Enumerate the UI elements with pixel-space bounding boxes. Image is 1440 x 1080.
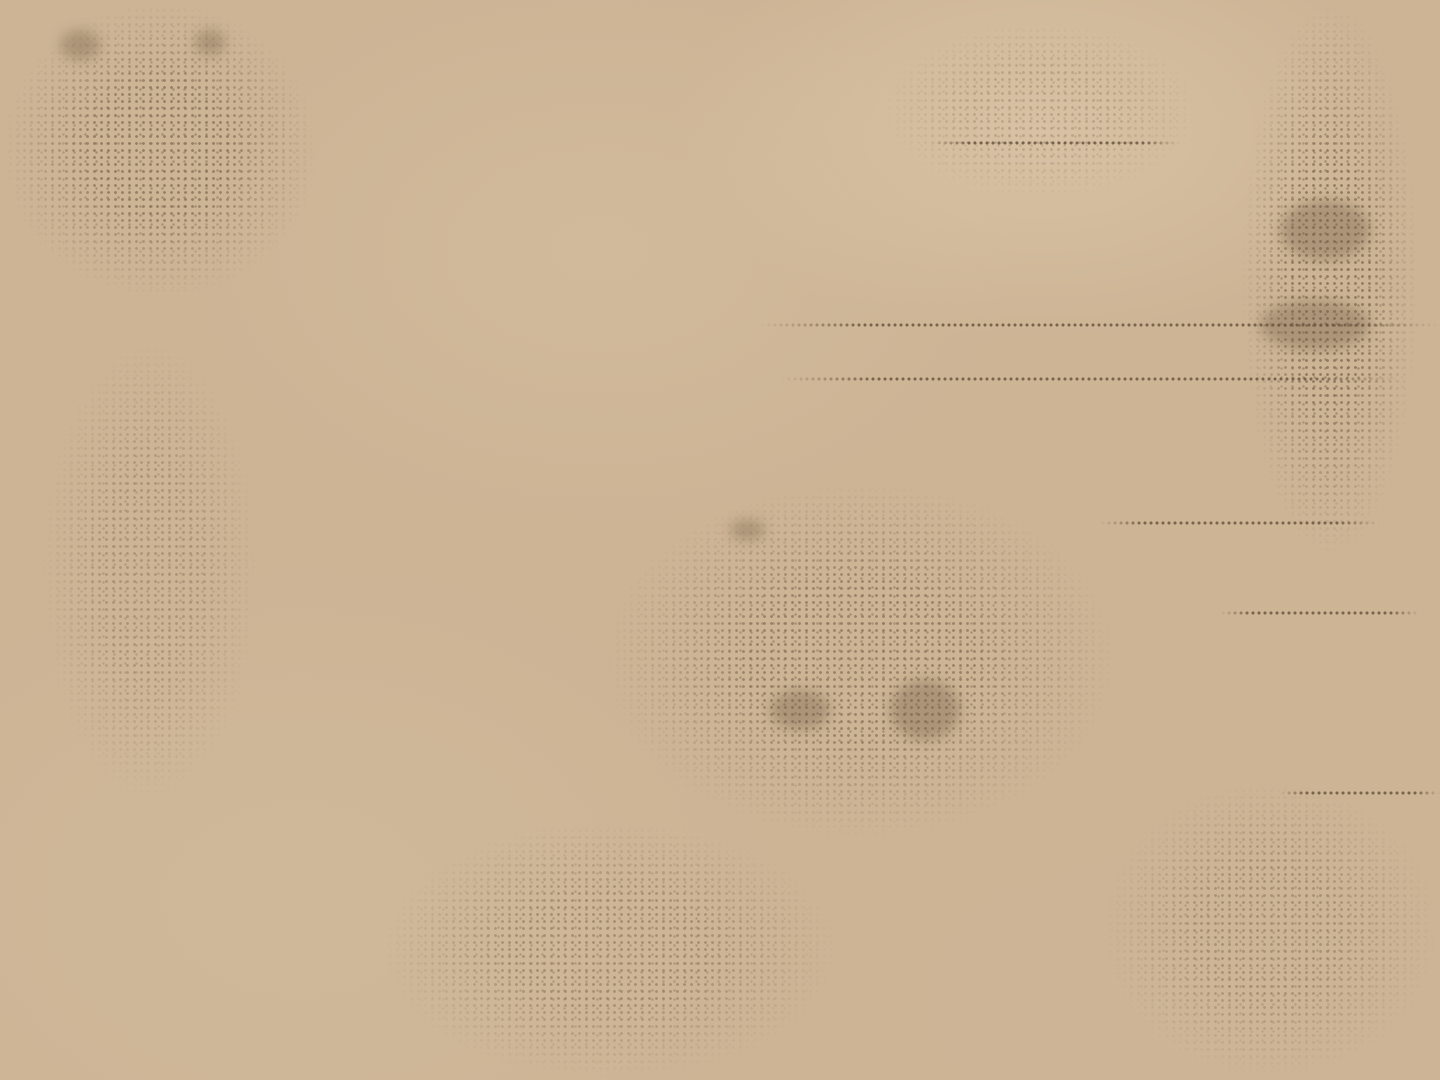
center-dense-blotches — [600, 480, 1120, 840]
dark-blot — [890, 680, 960, 740]
speckle-streak — [780, 376, 1400, 382]
top-right-horizontal-streaks — [880, 20, 1200, 200]
speckle-streak — [1100, 520, 1380, 526]
left-vertical-band — [40, 340, 260, 800]
speckle-streak — [1220, 610, 1420, 616]
right-vertical-dark-band — [1240, 0, 1420, 560]
bottom-center-speckles — [380, 820, 840, 1080]
dark-blot — [730, 520, 765, 540]
speckle-streak — [1280, 790, 1440, 796]
dark-blot — [195, 30, 225, 55]
dark-blot — [1280, 200, 1370, 260]
dark-blot — [60, 30, 100, 60]
bottom-right-speckles — [1100, 780, 1440, 1080]
fabric-texture-photo — [0, 0, 1440, 1080]
speckle-streak — [930, 140, 1180, 146]
dark-blot — [770, 690, 830, 730]
top-left-dense-speckles — [0, 0, 320, 300]
dark-blot — [1260, 300, 1370, 350]
